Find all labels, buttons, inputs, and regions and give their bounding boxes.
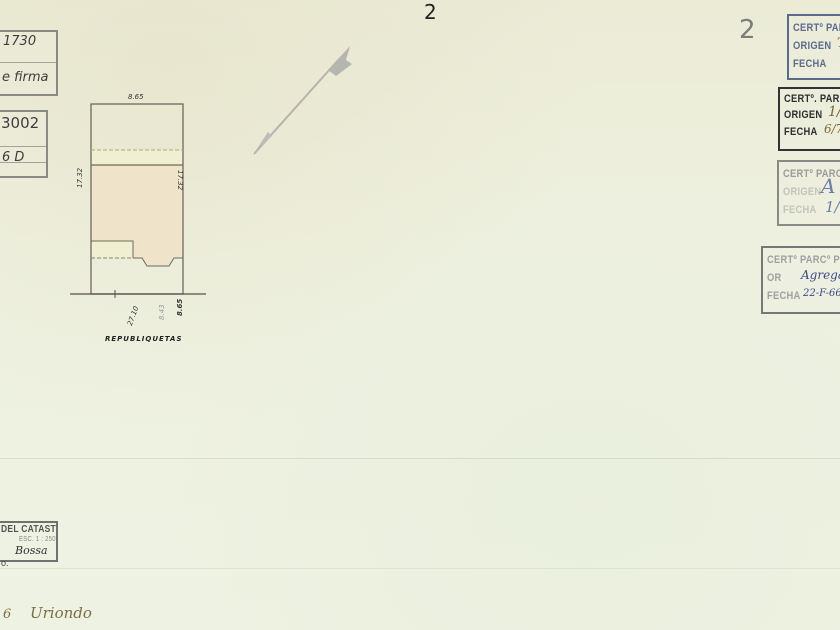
plot-diagram xyxy=(0,0,840,630)
cadastre-stamp-title: DEL CATASTRO xyxy=(1,524,58,535)
stamp-3-date-label: FECHA xyxy=(783,204,816,216)
stamp-3-date-value: 1/ xyxy=(825,198,840,216)
plot-right-dimension: 17.32 xyxy=(176,170,184,190)
north-arrow-icon xyxy=(254,46,352,154)
cadastre-stamp-note: o. xyxy=(1,558,9,568)
stamp-1-origin-label: ORIGEN xyxy=(793,40,831,52)
plot-bottom-dimension-2: 8.43 xyxy=(158,304,166,320)
stamp-4-date-value: 22-F-66 xyxy=(803,288,840,299)
stamp-4-title: CERTº PARCº P xyxy=(767,254,840,266)
signature-prefix: 6 xyxy=(3,607,11,622)
stamp-2-origin-label: ORIGEN xyxy=(784,109,822,121)
plot-strip-fill xyxy=(91,150,183,165)
stamp-3-origin-label: ORIGEN xyxy=(783,186,821,198)
certificate-stamp-4: CERTº PARCº P OR Agregar FECHA 22-F-66 xyxy=(761,246,840,314)
stamp-4-origin-value: Agregar xyxy=(801,268,840,282)
plot-bottom-dimension-3: 8.65 xyxy=(176,299,184,316)
stamp-2-date-label: FECHA xyxy=(784,126,817,138)
stamp-1-title: CERTº PARC xyxy=(793,22,840,34)
cadastre-stamp: DEL CATASTRO ESC. 1 : 250 Bossa xyxy=(0,521,58,562)
stamp-1-date-label: FECHA xyxy=(793,58,826,70)
plot-front-fill xyxy=(133,241,183,266)
stamp-4-date-label: FECHA xyxy=(767,290,800,302)
stamp-2-origin-value: 1/7 xyxy=(828,104,840,120)
plot-annex-fill xyxy=(91,241,133,258)
plot-top-dimension: 8.65 xyxy=(128,93,144,101)
cadastre-stamp-signature: Bossa xyxy=(15,544,48,557)
certificate-stamp-3: CERTº PARC ORIGEN A FECHA 1/ xyxy=(777,160,840,226)
certificate-stamp-1: CERTº PARC ORIGEN T FECHA xyxy=(787,14,840,80)
plot-main-fill xyxy=(91,165,183,241)
stamp-3-origin-value: A xyxy=(821,174,835,198)
stamp-2-date-value: 6/7 xyxy=(824,122,840,136)
plot-left-dimension: 17.32 xyxy=(76,168,84,188)
certificate-stamp-2: CERTº. PARC ORIGEN 1/7 FECHA 6/7 xyxy=(778,87,840,151)
stamp-4-origin-label: OR xyxy=(767,272,782,284)
signature: Uriondo xyxy=(30,604,92,622)
cadastre-stamp-scale: ESC. 1 : 250 xyxy=(19,536,56,543)
street-label: REPUBLIQUETAS xyxy=(105,335,183,343)
